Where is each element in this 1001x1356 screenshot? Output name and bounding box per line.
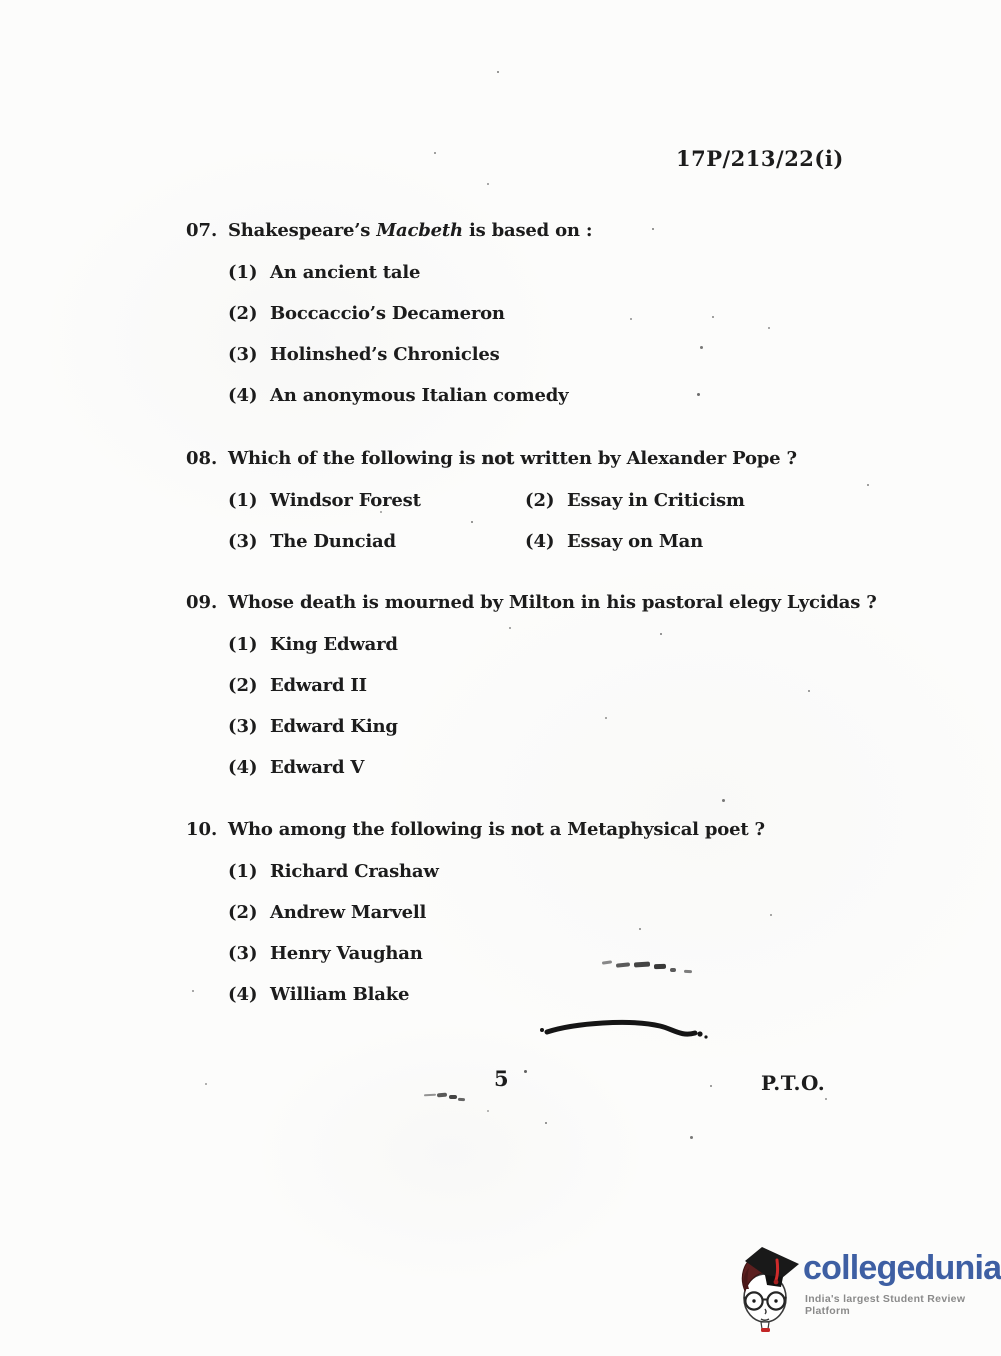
noise-speck (497, 71, 499, 73)
option-row: (2)Boccaccio’s Decameron (228, 303, 886, 344)
noise-speck (605, 717, 607, 719)
option-item: (2)Essay in Criticism (525, 490, 745, 512)
ink-smudge (654, 964, 666, 969)
noise-speck (722, 799, 725, 802)
question-08: 08.Which of the following is not written… (186, 446, 886, 572)
option-marker: (2) (228, 303, 270, 325)
option-row: (3)Holinshed’s Chronicles (228, 344, 886, 385)
option-row: (1)King Edward (228, 634, 886, 675)
question-text-segment: Who among the following is (228, 819, 511, 840)
option-marker: (4) (228, 984, 270, 1006)
noise-speck (770, 914, 772, 916)
option-marker: (1) (228, 634, 270, 656)
option-marker: (1) (228, 490, 270, 512)
noise-speck (524, 1070, 527, 1073)
ink-smudge (684, 970, 692, 974)
question-text: Which of the following is not written by… (228, 446, 886, 472)
question-text-segment: Which of the following is (228, 448, 481, 469)
question-10: 10.Who among the following is not a Meta… (186, 817, 886, 1025)
ink-smudge (424, 1094, 436, 1097)
option-marker: (2) (525, 490, 567, 512)
option-row: (2)Andrew Marvell (228, 902, 886, 943)
noise-speck (700, 346, 703, 349)
option-label: An anonymous Italian comedy (270, 385, 568, 407)
option-row: (2)Edward II (228, 675, 886, 716)
student-mascot-icon (735, 1243, 801, 1333)
question-text-segment: not (511, 819, 544, 840)
question-text-segment: is based on : (463, 220, 592, 241)
noise-speck (639, 928, 641, 930)
scanned-exam-page: 17P/213/22(i) 07.Shakespeare’s Macbeth i… (0, 0, 1001, 1356)
option-label: Edward II (270, 675, 367, 697)
question-line: 10.Who among the following is not a Meta… (186, 817, 886, 843)
noise-speck (545, 1122, 547, 1124)
noise-speck (509, 627, 511, 629)
page-number: 5 (494, 1066, 509, 1091)
question-09: 09.Whose death is mourned by Milton in h… (186, 590, 886, 798)
option-row: (3)The Dunciad(4)Essay on Man (228, 531, 886, 572)
option-label: Henry Vaughan (270, 943, 423, 965)
question-text: Shakespeare’s Macbeth is based on : (228, 218, 886, 244)
option-label: William Blake (270, 984, 409, 1006)
question-text-segment: written by Alexander Pope ? (514, 448, 797, 469)
option-marker: (3) (228, 943, 270, 965)
noise-speck (710, 1085, 712, 1087)
options-list: (1)King Edward(2)Edward II(3)Edward King… (228, 634, 886, 798)
noise-speck (487, 183, 489, 185)
option-item: (1)An ancient tale (228, 262, 420, 284)
options-list: (1)An ancient tale(2)Boccaccio’s Decamer… (228, 262, 886, 426)
question-number: 09. (186, 590, 228, 616)
option-label: Richard Crashaw (270, 861, 439, 883)
option-item: (4)An anonymous Italian comedy (228, 385, 568, 407)
option-label: Edward King (270, 716, 398, 738)
noise-speck (487, 1110, 489, 1112)
option-row: (1)An ancient tale (228, 262, 886, 303)
brand-tagline: India's largest Student Review Platform (805, 1293, 985, 1317)
question-text: Whose death is mourned by Milton in his … (228, 590, 886, 616)
option-item: (3)Henry Vaughan (228, 943, 423, 965)
option-marker: (1) (228, 262, 270, 284)
option-row: (4)An anonymous Italian comedy (228, 385, 886, 426)
option-item: (4)Essay on Man (525, 531, 703, 553)
option-label: Holinshed’s Chronicles (270, 344, 500, 366)
option-row: (1)Richard Crashaw (228, 861, 886, 902)
noise-speck (867, 484, 869, 486)
noise-speck (660, 633, 662, 635)
noise-speck (192, 990, 194, 992)
noise-speck (471, 521, 473, 523)
ink-smudge (670, 968, 676, 972)
question-text-segment: Shakespeare’s (228, 220, 376, 241)
collegedunia-logo: collegedunia .com India's largest Studen… (735, 1241, 985, 1337)
option-item: (4)William Blake (228, 984, 409, 1006)
ink-smudge (437, 1093, 447, 1098)
option-item: (1)Windsor Forest (228, 490, 525, 512)
option-label: King Edward (270, 634, 398, 656)
option-row: (3)Henry Vaughan (228, 943, 886, 984)
question-line: 07.Shakespeare’s Macbeth is based on : (186, 218, 886, 244)
question-text-segment: a Metaphysical poet ? (544, 819, 765, 840)
noise-speck (630, 318, 632, 320)
option-label: The Dunciad (270, 531, 396, 553)
option-marker: (3) (228, 716, 270, 738)
brand-text: collegedunia (803, 1247, 1001, 1289)
question-text-segment: not (481, 448, 514, 469)
option-item: (3)Holinshed’s Chronicles (228, 344, 500, 366)
option-row: (4)Edward V (228, 757, 886, 798)
option-item: (4)Edward V (228, 757, 364, 779)
option-row: (1)Windsor Forest(2)Essay in Criticism (228, 490, 886, 531)
option-label: Windsor Forest (270, 490, 421, 512)
noise-speck (652, 228, 654, 230)
ink-smudge (449, 1095, 457, 1099)
question-text-segment: Whose death is mourned by Milton in his … (228, 592, 877, 613)
option-marker: (2) (228, 675, 270, 697)
option-item: (3)Edward King (228, 716, 398, 738)
noise-speck (808, 690, 810, 692)
question-07: 07.Shakespeare’s Macbeth is based on :(1… (186, 218, 886, 426)
option-item: (2)Andrew Marvell (228, 902, 426, 924)
question-line: 09.Whose death is mourned by Milton in h… (186, 590, 886, 616)
noise-speck (690, 1136, 693, 1139)
option-item: (3)The Dunciad (228, 531, 525, 553)
noise-speck (380, 511, 382, 513)
option-label: Essay on Man (567, 531, 703, 553)
option-marker: (3) (228, 531, 270, 553)
question-number: 07. (186, 218, 228, 244)
option-item: (2)Boccaccio’s Decameron (228, 303, 505, 325)
question-text-segment: Macbeth (376, 220, 463, 241)
options-list: (1)Windsor Forest(2)Essay in Criticism(3… (228, 490, 886, 572)
exam-paper-code: 17P/213/22(i) (676, 146, 844, 171)
option-item: (1)King Edward (228, 634, 398, 656)
question-text: Who among the following is not a Metaphy… (228, 817, 886, 843)
noise-speck (768, 327, 770, 329)
option-marker: (4) (228, 757, 270, 779)
option-row: (4)William Blake (228, 984, 886, 1025)
option-marker: (4) (525, 531, 567, 553)
option-label: An ancient tale (270, 262, 420, 284)
ink-smudge (458, 1098, 465, 1102)
option-item: (2)Edward II (228, 675, 367, 697)
option-marker: (4) (228, 385, 270, 407)
options-list: (1)Richard Crashaw(2)Andrew Marvell(3)He… (228, 861, 886, 1025)
noise-speck (434, 152, 436, 154)
noise-speck (697, 393, 700, 396)
option-marker: (3) (228, 344, 270, 366)
question-number: 10. (186, 817, 228, 843)
pto-label: P.T.O. (761, 1071, 825, 1095)
noise-speck (205, 1083, 207, 1085)
option-marker: (2) (228, 902, 270, 924)
option-label: Boccaccio’s Decameron (270, 303, 505, 325)
option-item: (1)Richard Crashaw (228, 861, 439, 883)
option-marker: (1) (228, 861, 270, 883)
option-label: Andrew Marvell (270, 902, 426, 924)
question-number: 08. (186, 446, 228, 472)
option-row: (3)Edward King (228, 716, 886, 757)
option-label: Essay in Criticism (567, 490, 745, 512)
noise-speck (712, 316, 714, 318)
noise-speck (825, 1098, 827, 1100)
option-label: Edward V (270, 757, 364, 779)
question-line: 08.Which of the following is not written… (186, 446, 886, 472)
